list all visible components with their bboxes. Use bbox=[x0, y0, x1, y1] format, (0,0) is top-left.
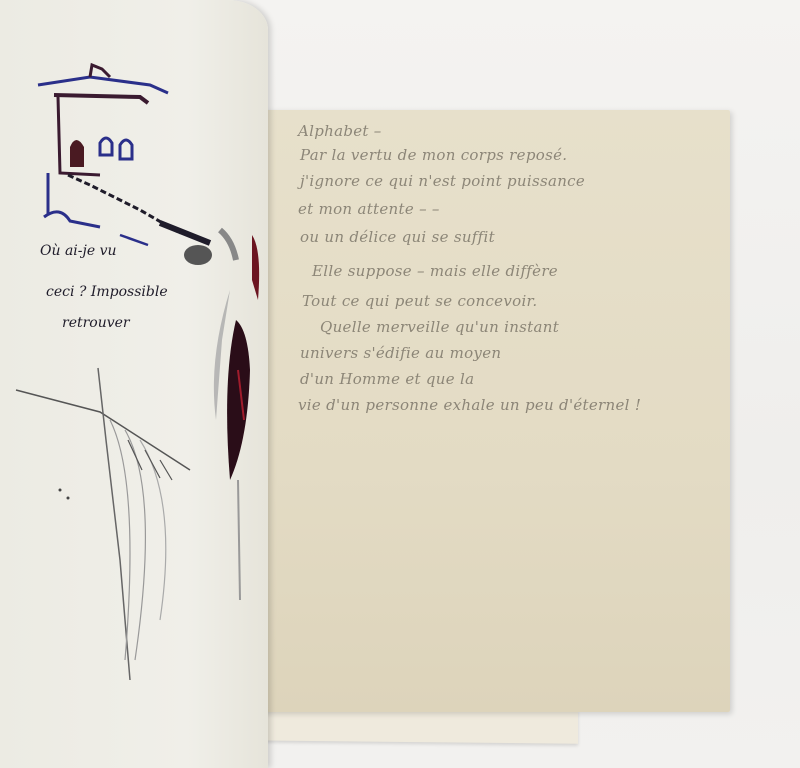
caption-line: ceci ? Impossible bbox=[46, 284, 168, 300]
caption-line: Où ai-je vu bbox=[40, 243, 117, 259]
handwritten-line: Elle suppose – mais elle diffère bbox=[312, 262, 558, 280]
handwritten-line: et mon attente – – bbox=[298, 200, 440, 218]
handwritten-line: vie d'un personne exhale un peu d'éterne… bbox=[298, 396, 641, 414]
handwritten-line: d'un Homme et que la bbox=[300, 370, 474, 388]
handwritten-line: j'ignore ce qui n'est point puissance bbox=[300, 172, 585, 190]
caption-line: retrouver bbox=[62, 315, 130, 331]
handwritten-line: Tout ce qui peut se concevoir. bbox=[302, 292, 537, 310]
handwritten-line: Quelle merveille qu'un instant bbox=[320, 318, 559, 336]
handwritten-line: Alphabet – bbox=[298, 122, 382, 140]
brush-stroke-sketch bbox=[200, 220, 270, 620]
handwritten-line: Par la vertu de mon corps reposé. bbox=[300, 146, 567, 164]
draped-sketch bbox=[10, 360, 200, 690]
handwritten-line: ou un délice qui se suffit bbox=[300, 228, 495, 246]
handwritten-line: univers s'édifie au moyen bbox=[300, 344, 501, 362]
building-sketch bbox=[30, 55, 220, 270]
